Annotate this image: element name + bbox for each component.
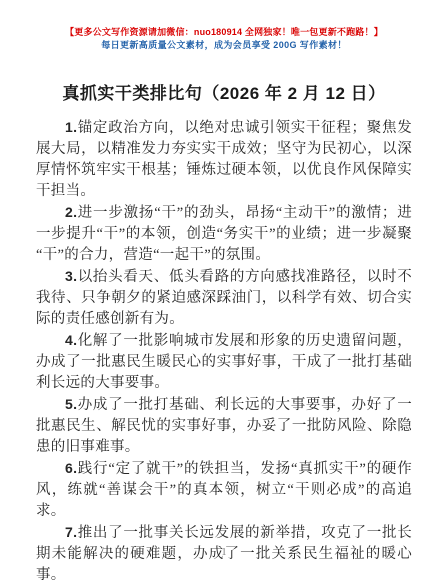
paragraph-3: 3.以抬头看天、低头看路的方向感找准路径，以时不我待、只争朝夕的紧迫感深踩油门，…	[36, 266, 412, 330]
paragraph-3-number: 3.	[65, 268, 77, 284]
promo-header: 【更多公文写作资源请加微信：nuo180914 全网独家！唯一包更新不跑路！】 …	[36, 26, 412, 52]
page-number: 1	[0, 547, 448, 558]
paragraph-2-text: 进一步激扬“干”的劲头，昂扬“主动干”的激情；进一步提升“干”的本领，创造“务实…	[36, 205, 412, 263]
paragraph-3-text: 以抬头看天、低头看路的方向感找准路径，以时不我待、只争朝夕的紧迫感深踩油门，以科…	[36, 269, 412, 327]
paragraph-6: 6.践行“定了就干”的铁担当，发扬“真抓实干”的硬作风，练就“善谋会干”的真本领…	[36, 458, 412, 522]
paragraph-1: 1.锚定政治方向，以绝对忠诚引领实干征程；聚焦发展大局，以精准发力夯实实干成效；…	[36, 117, 412, 202]
paragraph-4: 4.化解了一批影响城市发展和形象的历史遗留问题，办成了一批惠民生暖民心的实事好事…	[36, 330, 412, 394]
page-title: 真抓实干类排比句（2026 年 2 月 12 日）	[36, 83, 412, 105]
promo-line-blue: 每日更新高质量公文素材，成为会员享受 200G 写作素材！	[36, 39, 412, 52]
paragraph-1-number: 1.	[65, 119, 77, 135]
paragraph-4-number: 4.	[65, 332, 77, 348]
paragraph-2: 2.进一步激扬“干”的劲头，昂扬“主动干”的激情；进一步提升“干”的本领，创造“…	[36, 202, 412, 266]
promo-line-red: 【更多公文写作资源请加微信：nuo180914 全网独家！唯一包更新不跑路！】	[36, 26, 412, 39]
paragraph-1-text: 锚定政治方向，以绝对忠诚引领实干征程；聚焦发展大局，以精准发力夯实实干成效；坚守…	[36, 120, 412, 199]
paragraph-2-number: 2.	[65, 204, 77, 220]
paragraph-5: 5.办成了一批打基础、利长远的大事要事，办好了一批惠民生、解民忧的实事好事，办妥…	[36, 394, 412, 458]
document-body: 1.锚定政治方向，以绝对忠诚引领实干征程；聚焦发展大局，以精准发力夯实实干成效；…	[36, 117, 412, 580]
document-page: 【更多公文写作资源请加微信：nuo180914 全网独家！唯一包更新不跑路！】 …	[0, 0, 448, 580]
paragraph-7-number: 7.	[65, 524, 77, 540]
paragraph-6-number: 6.	[65, 460, 77, 476]
paragraph-5-number: 5.	[65, 396, 77, 412]
paragraph-4-text: 化解了一批影响城市发展和形象的历史遗留问题，办成了一批惠民生暖民心的实事好事，干…	[36, 333, 412, 391]
paragraph-6-text: 践行“定了就干”的铁担当，发扬“真抓实干”的硬作风，练就“善谋会干”的真本领，树…	[36, 461, 412, 519]
paragraph-5-text: 办成了一批打基础、利长远的大事要事，办好了一批惠民生、解民忧的实事好事，办妥了一…	[36, 397, 412, 455]
